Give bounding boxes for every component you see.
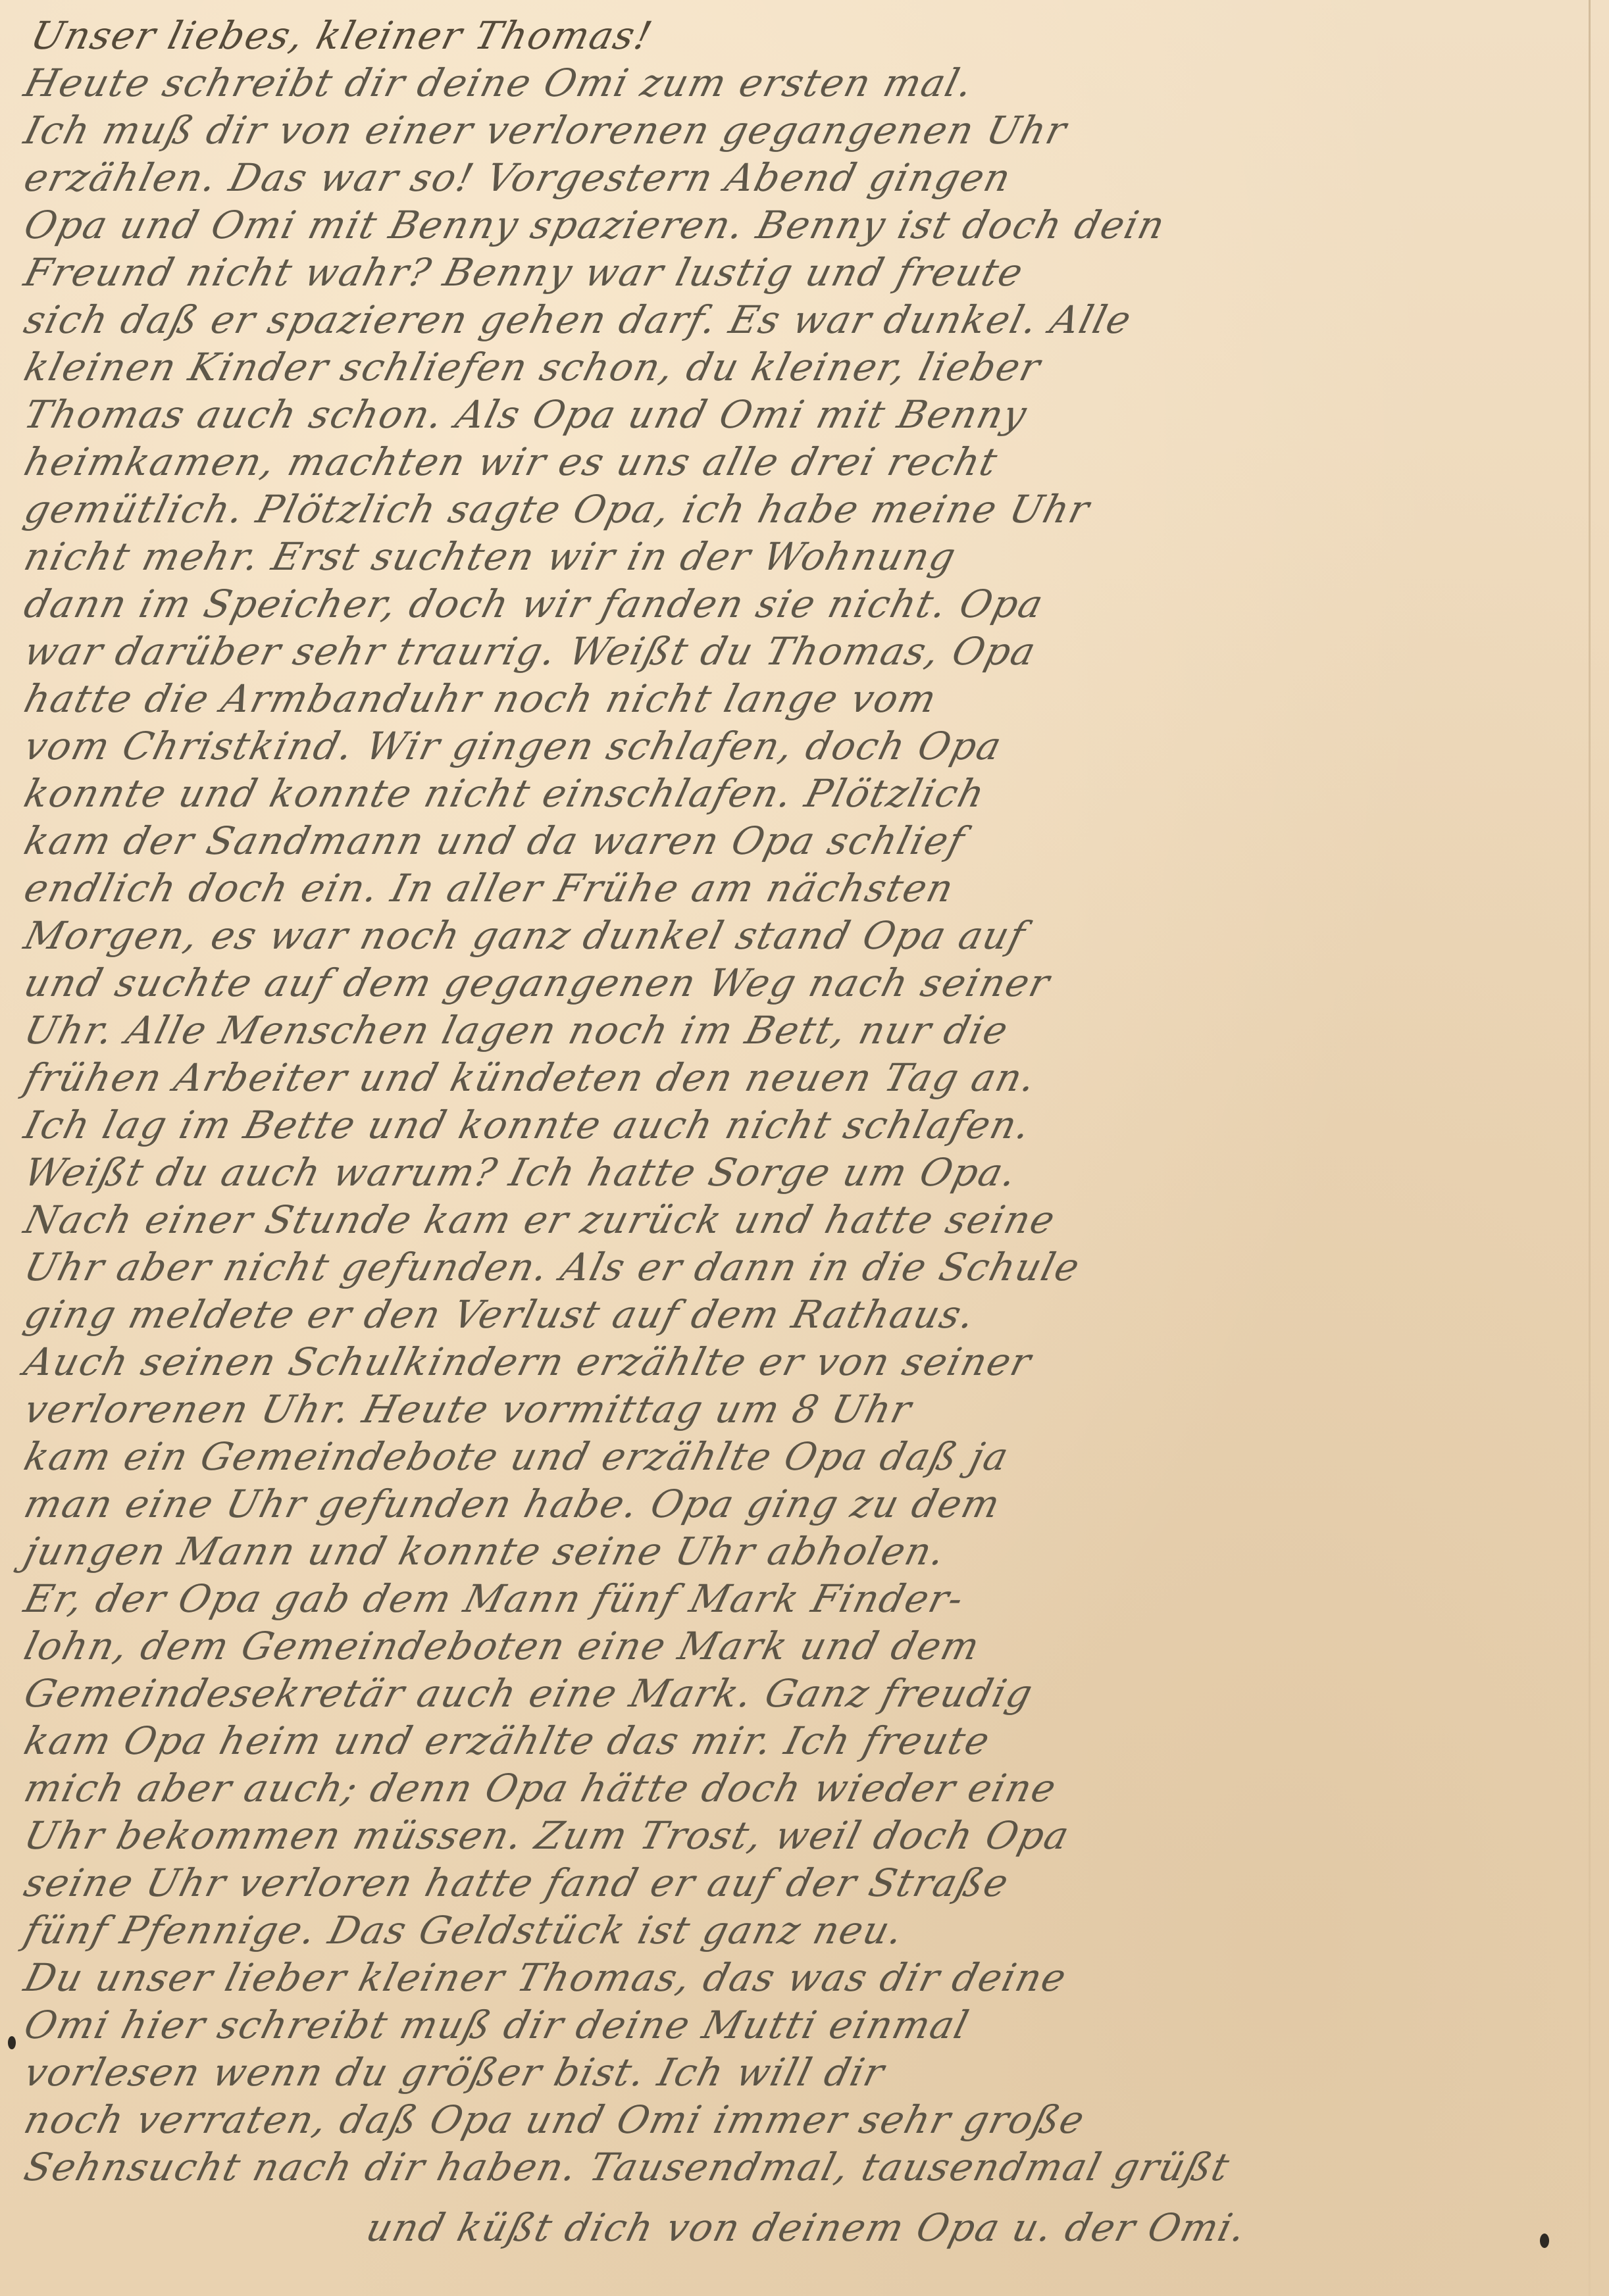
- letter-line: Ich lag im Bette und konnte auch nicht s…: [20, 1103, 1036, 1147]
- letter-line: Morgen, es war noch ganz dunkel stand Op…: [20, 913, 1031, 958]
- letter-line: lohn, dem Gemeindeboten eine Mark und de…: [20, 1624, 985, 1668]
- letter-line: heimkamen, machten wir es uns alle drei …: [20, 439, 1003, 484]
- letter-line: sich daß er spazieren gehen darf. Es war…: [20, 297, 1137, 342]
- letter-line: kleinen Kinder schliefen schon, du klein…: [20, 345, 1046, 389]
- letter-line: verlorenen Uhr. Heute vormittag um 8 Uhr: [20, 1387, 917, 1432]
- letter-line: frühen Arbeiter und kündeten den neuen T…: [20, 1055, 1041, 1100]
- letter-line: Gemeindesekretär auch eine Mark. Ganz fr…: [20, 1671, 1038, 1716]
- letter-line: Freund nicht wahr? Benny war lustig und …: [20, 250, 1029, 295]
- letter-line: Sehnsucht nach dir haben. Tausendmal, ta…: [20, 2145, 1235, 2189]
- letter-line: Uhr aber nicht gefunden. Als er dann in …: [20, 1245, 1085, 1289]
- letter-line: endlich doch ein. In aller Frühe am näch…: [20, 866, 959, 911]
- letter-closing: und küßt dich von deinem Opa u. der Omi.: [362, 2205, 1252, 2250]
- letter-line: gemütlich. Plötzlich sagte Opa, ich habe…: [20, 487, 1095, 532]
- letter-line: noch verraten, daß Opa und Omi immer seh…: [20, 2097, 1090, 2142]
- letter-line: vom Christkind. Wir gingen schlafen, doc…: [20, 724, 1007, 768]
- letter-line: Thomas auch schon. Als Opa und Omi mit B…: [20, 392, 1033, 437]
- letter-salutation: Unser liebes, kleiner Thomas!: [26, 13, 657, 58]
- letter-line: kam der Sandmann und da waren Opa schlie…: [20, 818, 970, 863]
- letter-line: Opa und Omi mit Benny spazieren. Benny i…: [20, 203, 1170, 247]
- ink-blot: [8, 2036, 16, 2049]
- paper-edge: [1589, 0, 1591, 2296]
- letter-line: Uhr bekommen müssen. Zum Trost, weil doc…: [20, 1813, 1075, 1858]
- letter-line: Heute schreibt dir deine Omi zum ersten …: [20, 61, 979, 105]
- letter-line: dann im Speicher, doch wir fanden sie ni…: [20, 582, 1049, 626]
- letter-line: Omi hier schreibt muß dir deine Mutti ei…: [20, 2003, 974, 2047]
- letter-line: Du unser lieber kleiner Thomas, das was …: [20, 1955, 1072, 2000]
- letter-line: und suchte auf dem gegangenen Weg nach s…: [20, 961, 1055, 1005]
- letter-line: Uhr. Alle Menschen lagen noch im Bett, n…: [20, 1008, 1013, 1053]
- letter-line: nicht mehr. Erst suchten wir in der Wohn…: [20, 534, 961, 579]
- letter-line: seine Uhr verloren hatte fand er auf der…: [20, 1860, 1014, 1905]
- letter-line: jungen Mann und konnte seine Uhr abholen…: [20, 1529, 951, 1574]
- letter-line: Nach einer Stunde kam er zurück und hatt…: [20, 1197, 1061, 1242]
- letter-line: konnte und konnte nicht einschlafen. Plö…: [20, 771, 990, 816]
- letter-line: kam Opa heim und erzählte das mir. Ich f…: [20, 1718, 995, 1763]
- letter-line: man eine Uhr gefunden habe. Opa ging zu …: [20, 1482, 1006, 1526]
- letter-line: Ich muß dir von einer verlorenen gegange…: [20, 108, 1072, 153]
- letter-line: kam ein Gemeindebote und erzählte Opa da…: [20, 1434, 1014, 1479]
- letter-line: Er, der Opa gab dem Mann fünf Mark Finde…: [20, 1576, 969, 1621]
- letter-line: ging meldete er den Verlust auf dem Rath…: [20, 1292, 981, 1337]
- letter-line: hatte die Armbanduhr noch nicht lange vo…: [20, 676, 942, 721]
- letter-line: war darüber sehr traurig. Weißt du Thoma…: [20, 629, 1041, 674]
- letter-line: erzählen. Das war so! Vorgestern Abend g…: [20, 155, 1016, 200]
- letter-line: mich aber auch; denn Opa hätte doch wied…: [20, 1766, 1061, 1810]
- ink-blot: [1540, 2234, 1549, 2248]
- letter-line: vorlesen wenn du größer bist. Ich will d…: [20, 2050, 890, 2095]
- letter-line: fünf Pfennige. Das Geldstück ist ganz ne…: [20, 1908, 909, 1953]
- letter-line: Weißt du auch warum? Ich hatte Sorge um …: [20, 1150, 1022, 1195]
- letter-line: Auch seinen Schulkindern erzählte er von…: [20, 1339, 1036, 1384]
